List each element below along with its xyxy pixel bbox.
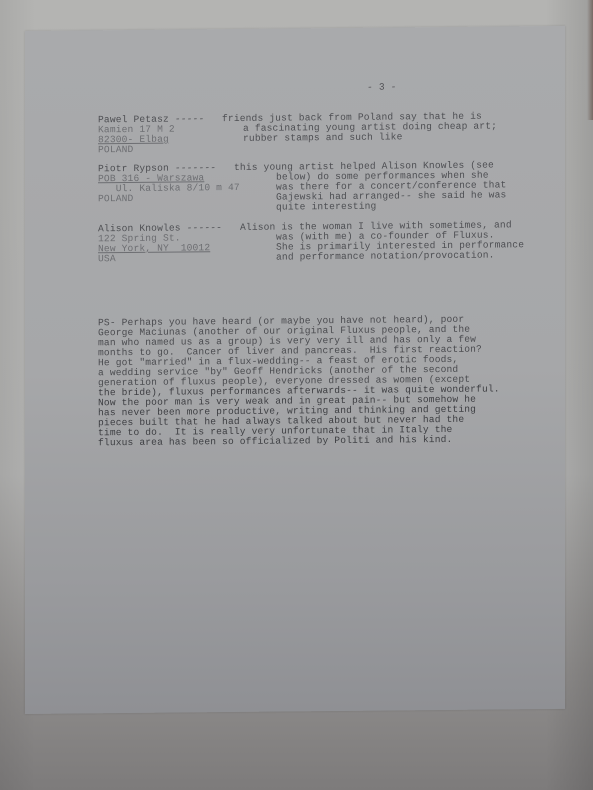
binder-edge <box>587 0 593 120</box>
postscript-paragraph: PS- Perhaps you have heard (or maybe you… <box>98 314 500 448</box>
contact-description: Alison is the woman I live with sometime… <box>98 220 524 264</box>
postscript-line: fluxus area has been so officialized by … <box>98 434 500 448</box>
contact-description: friends just back from Poland say that h… <box>98 111 497 145</box>
address-country: POLAND <box>98 144 204 155</box>
page-number: - 3 - <box>367 82 397 92</box>
contact-description: this young artist helped Alison Knowles … <box>98 160 506 214</box>
typewritten-page: - 3 - Pawel Petasz ----- Kamien 17 M 2 8… <box>25 26 565 714</box>
